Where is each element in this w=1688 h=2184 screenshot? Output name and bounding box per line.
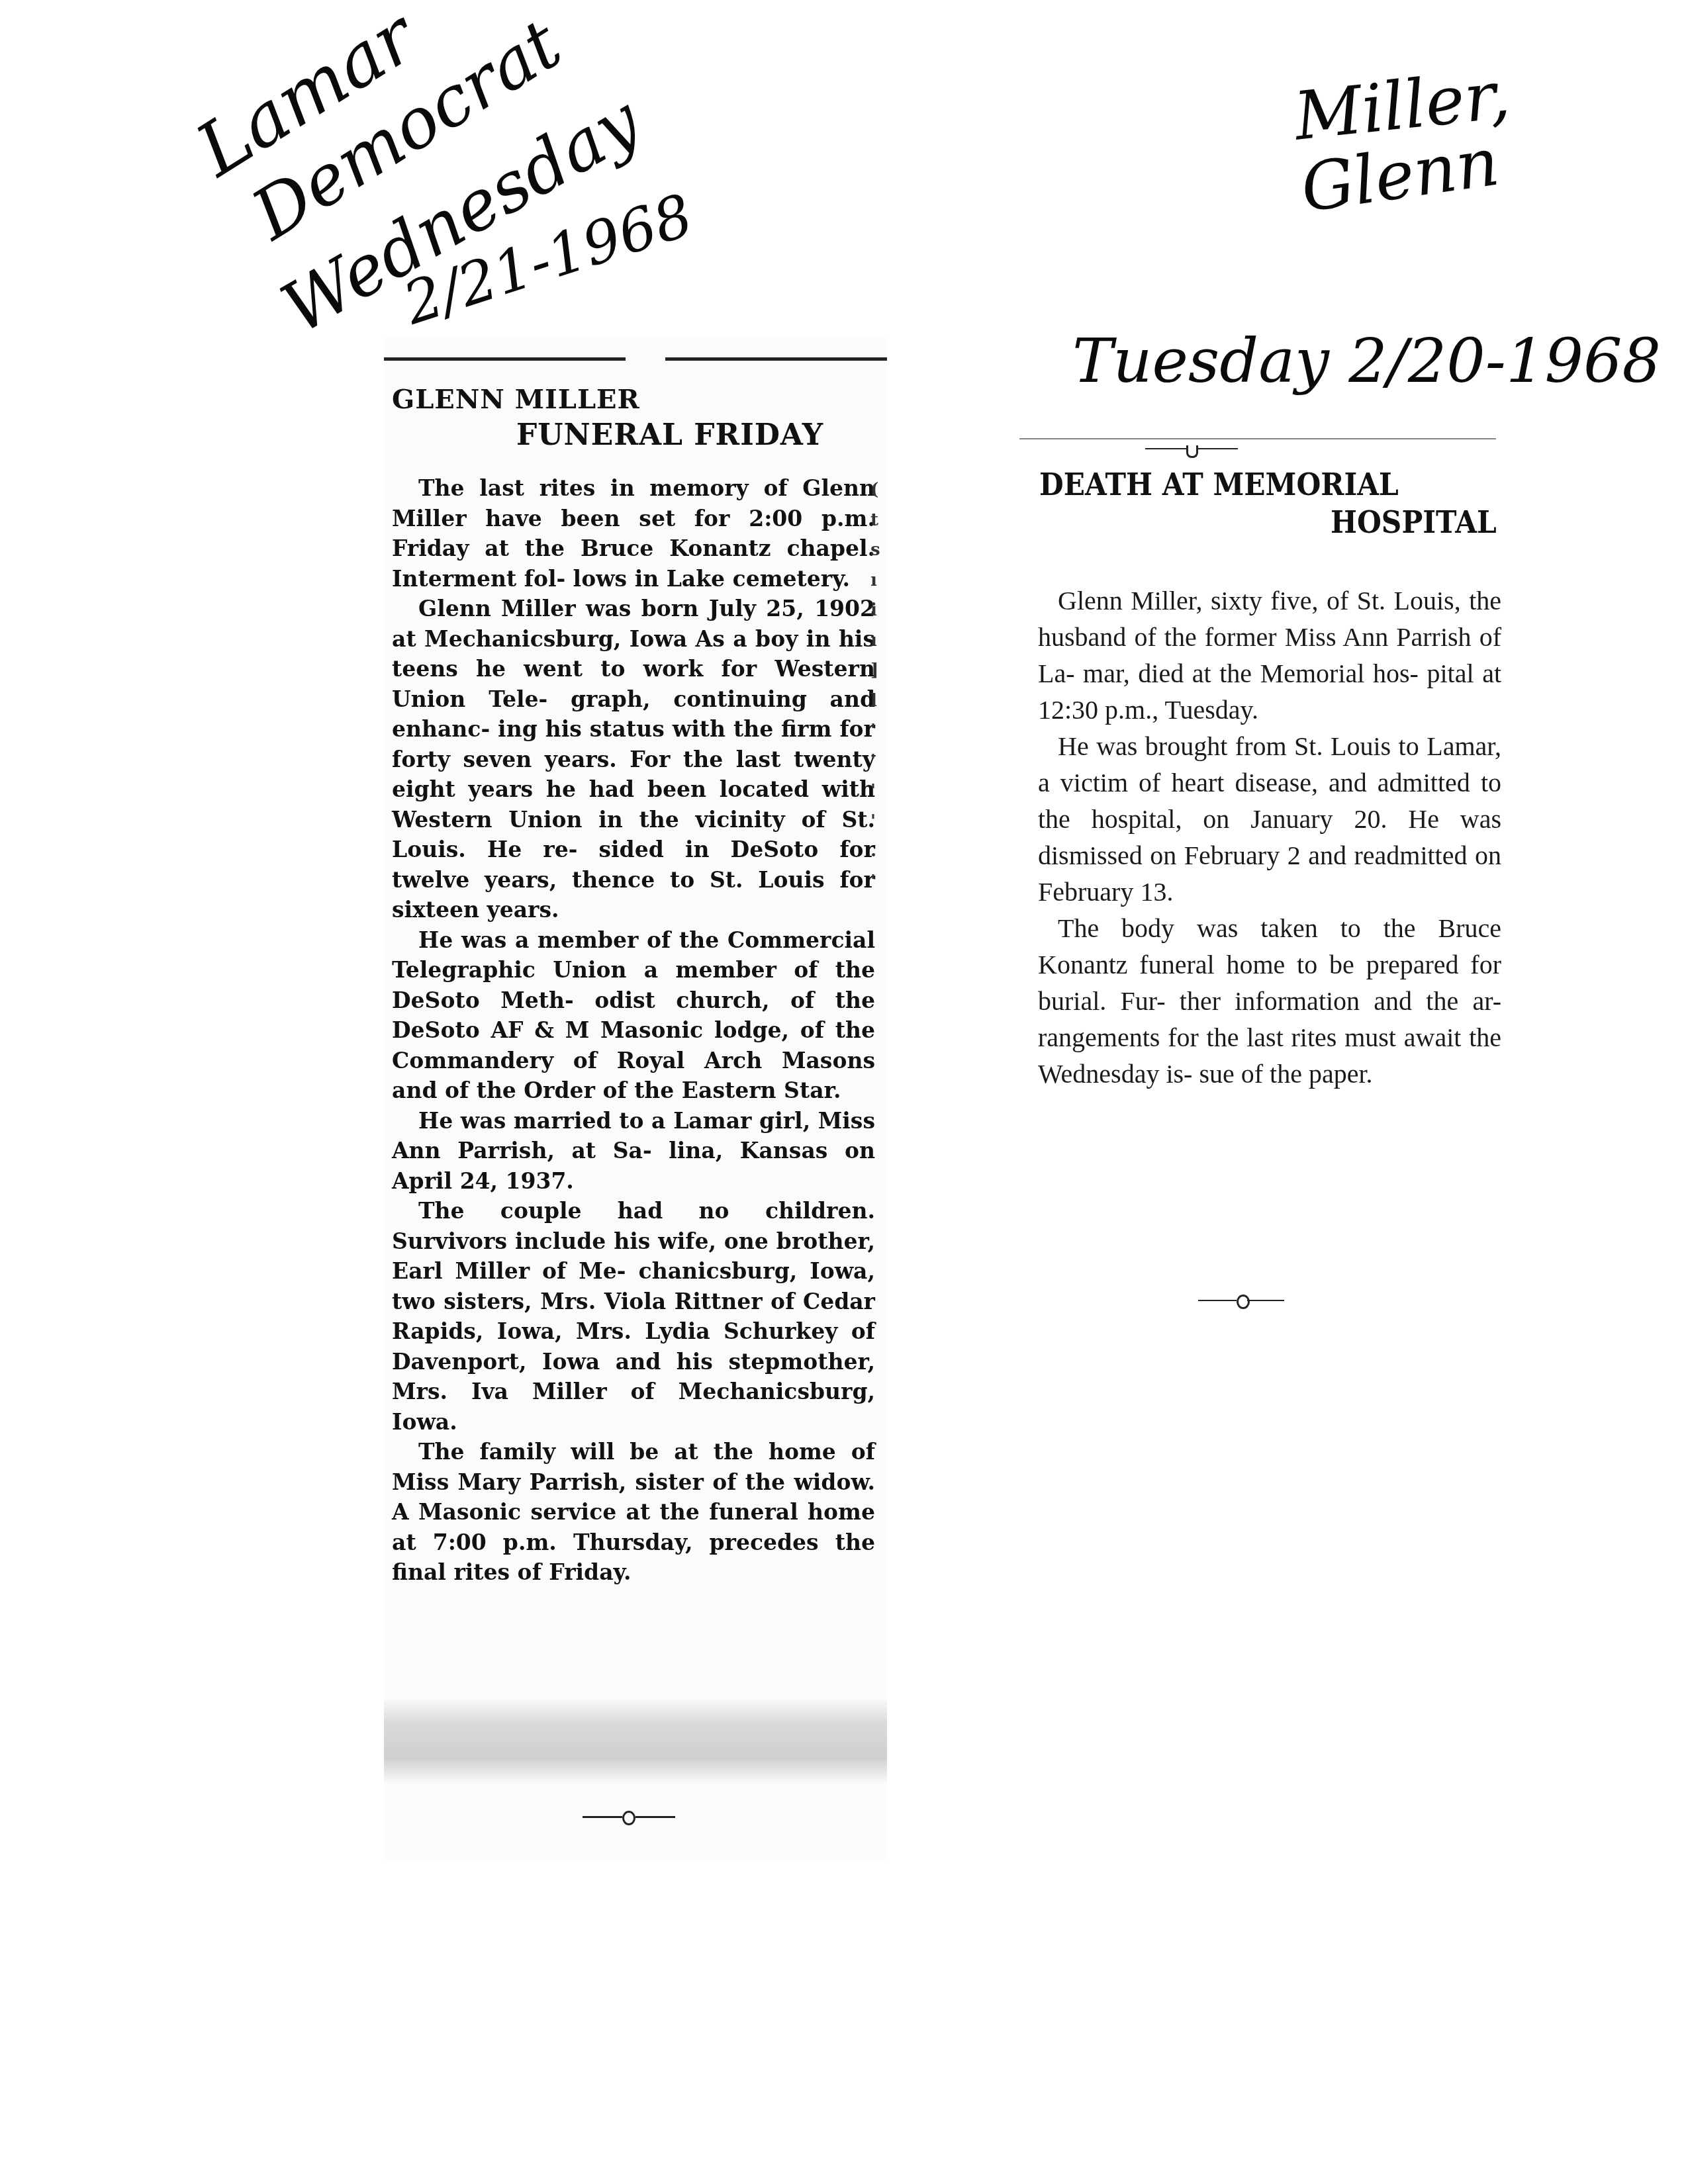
top-ornament-icon bbox=[1145, 442, 1238, 455]
headline-line2: HOSPITAL bbox=[1331, 504, 1497, 540]
scan-shading bbox=[384, 1698, 887, 1784]
paragraph: Glenn Miller was born July 25, 1902 at M… bbox=[392, 594, 875, 925]
end-ornament-icon bbox=[583, 1810, 675, 1823]
paragraph: He was a member of the Commercial Telegr… bbox=[392, 925, 875, 1106]
handwritten-date-right: Tuesday 2/20-1968 bbox=[1072, 331, 1661, 392]
paragraph: The couple had no children. Survivors in… bbox=[392, 1196, 875, 1437]
clipping-funeral-notice: GLENN MILLER FUNERAL FRIDAY The last rit… bbox=[384, 338, 887, 1860]
headline-line2: FUNERAL FRIDAY bbox=[516, 418, 823, 452]
article-body: Glenn Miller, sixty five, of St. Louis, … bbox=[1038, 582, 1501, 1092]
column-rule bbox=[1019, 438, 1496, 439]
paragraph: Glenn Miller, sixty five, of St. Louis, … bbox=[1038, 582, 1501, 728]
paragraph: The last rites in memory of Glenn Miller… bbox=[392, 473, 875, 594]
article-body: The last rites in memory of Glenn Miller… bbox=[392, 473, 875, 1588]
paragraph: The body was taken to the Bruce Konantz … bbox=[1038, 910, 1501, 1092]
paragraph: The family will be at the home of Miss M… bbox=[392, 1437, 875, 1588]
headline-line1: GLENN MILLER bbox=[392, 384, 640, 415]
paragraph: He was married to a Lamar girl, Miss Ann… bbox=[392, 1106, 875, 1197]
adjacent-column-fragments: ( t s ı i ı ] l ' ' ' ' . ' bbox=[870, 475, 880, 897]
paragraph: He was brought from St. Louis to Lamar, … bbox=[1038, 728, 1501, 910]
clipping-death-notice: DEATH AT MEMORIAL HOSPITAL Glenn Miller,… bbox=[1019, 430, 1523, 1330]
headline-line1: DEATH AT MEMORIAL bbox=[1039, 467, 1399, 502]
end-ornament-icon bbox=[1198, 1294, 1284, 1307]
